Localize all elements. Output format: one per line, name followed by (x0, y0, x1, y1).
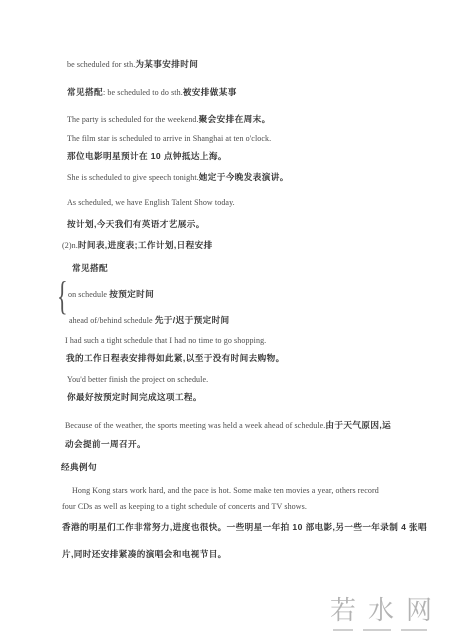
text-segment-zh: 为某事安排时间 (135, 59, 198, 69)
text-segment-en: I had such a tight schedule that I had n… (65, 336, 266, 345)
text-segment-zh: 先于/迟于预定时间 (155, 315, 230, 325)
collocation-line-be-scheduled-for: be scheduled for sth.为某事安排时间 (67, 57, 198, 70)
text-segment-en: ahead of/behind schedule (69, 316, 155, 325)
text-segment-en: be scheduled for sth. (67, 60, 135, 69)
text-segment-en: The party is scheduled for the weekend. (67, 115, 199, 124)
heading-classic-examples: 经典例句 (61, 460, 97, 473)
text-segment-en: Because of the weather, the sports meeti… (65, 421, 325, 430)
text-segment-zh: 经典例句 (61, 462, 97, 472)
text-segment-en: You'd better finish the project on sched… (67, 375, 208, 384)
example-sports-meeting-zh: 动会提前一周召开。 (65, 437, 146, 450)
text-segment-zh: 被安排做某事 (183, 87, 237, 97)
heading-common-collocations: 常见搭配 (72, 261, 108, 274)
example-film-star-en: The film star is scheduled to arrive in … (67, 131, 271, 144)
collocation-line-be-scheduled-to-do: 常见搭配: be scheduled to do sth.被安排做某事 (67, 85, 237, 98)
text-segment-zh: 你最好按预定时间完成这项工程。 (67, 392, 202, 402)
watermark-subtext-marks (333, 629, 444, 631)
text-segment-en: The film star is scheduled to arrive in … (67, 134, 271, 143)
example-as-scheduled-en: As scheduled, we have English Talent Sho… (67, 195, 235, 208)
text-segment-en: : be scheduled to do sth. (103, 88, 183, 97)
example-tight-schedule-en: I had such a tight schedule that I had n… (65, 333, 266, 346)
example-party: The party is scheduled for the weekend.聚… (67, 112, 271, 125)
text-segment-zh: 香港的明星们工作非常努力,进度也很快。一些明星一年拍 10 部电影,另一些一年录… (62, 522, 427, 532)
watermark-text: 若水网 (330, 590, 444, 627)
text-segment-zh: 片,同时还安排紧凑的演唱会和电视节目。 (62, 549, 227, 559)
example-finish-project-zh: 你最好按预定时间完成这项工程。 (67, 390, 202, 403)
example-tight-schedule-zh: 我的工作日程表安排得如此紧,以至于没有时间去购物。 (66, 351, 285, 364)
text-segment-en: (2)n. (62, 241, 78, 250)
collocation-on-schedule: on schedule 按预定时间 (68, 287, 154, 300)
text-segment-zh: 常见搭配 (67, 87, 103, 97)
text-segment-zh: 按计划,今天我们有英语才艺展示。 (67, 219, 205, 229)
watermark: 若水网 (330, 590, 444, 631)
text-segment-zh: 我的工作日程表安排得如此紧,以至于没有时间去购物。 (66, 353, 285, 363)
example-give-speech: She is scheduled to give speech tonight.… (67, 170, 289, 183)
text-segment-en: She is scheduled to give speech tonight. (67, 173, 199, 182)
text-segment-zh: 按预定时间 (109, 289, 154, 299)
example-hongkong-en-line1: Hong Kong stars work hard, and the pace … (72, 483, 379, 496)
text-segment-zh: 常见搭配 (72, 263, 108, 273)
document-page: be scheduled for sth.为某事安排时间 常见搭配: be sc… (0, 0, 450, 637)
collocation-ahead-behind-schedule: ahead of/behind schedule 先于/迟于预定时间 (69, 313, 230, 326)
example-as-scheduled-zh: 按计划,今天我们有英语才艺展示。 (67, 217, 205, 230)
example-sports-meeting-en: Because of the weather, the sports meeti… (65, 418, 391, 431)
text-segment-en: on schedule (68, 290, 109, 299)
text-segment-zh: 时间表,进度表;工作计划,日程安排 (78, 240, 213, 250)
text-segment-zh: 她定于今晚发表演讲。 (199, 172, 289, 182)
text-segment-en: Hong Kong stars work hard, and the pace … (72, 486, 379, 495)
text-segment-en: As scheduled, we have English Talent Sho… (67, 198, 235, 207)
example-hongkong-zh-line2: 片,同时还安排紧凑的演唱会和电视节目。 (62, 547, 227, 560)
text-segment-en: four CDs as well as keeping to a tight s… (62, 502, 307, 511)
text-segment-zh: 那位电影明星预计在 10 点钟抵达上海。 (67, 151, 227, 161)
example-finish-project-en: You'd better finish the project on sched… (67, 372, 208, 385)
text-segment-zh: 动会提前一周召开。 (65, 439, 146, 449)
collocation-brace: { (57, 276, 68, 316)
example-film-star-zh: 那位电影明星预计在 10 点钟抵达上海。 (67, 149, 227, 162)
example-hongkong-zh-line1: 香港的明星们工作非常努力,进度也很快。一些明星一年拍 10 部电影,另一些一年录… (62, 520, 427, 533)
example-hongkong-en-line2: four CDs as well as keeping to a tight s… (62, 499, 307, 512)
text-segment-zh: 由于天气原因,运 (325, 420, 391, 430)
text-segment-zh: 聚会安排在周末。 (199, 114, 271, 124)
definition-noun: (2)n.时间表,进度表;工作计划,日程安排 (62, 238, 213, 251)
